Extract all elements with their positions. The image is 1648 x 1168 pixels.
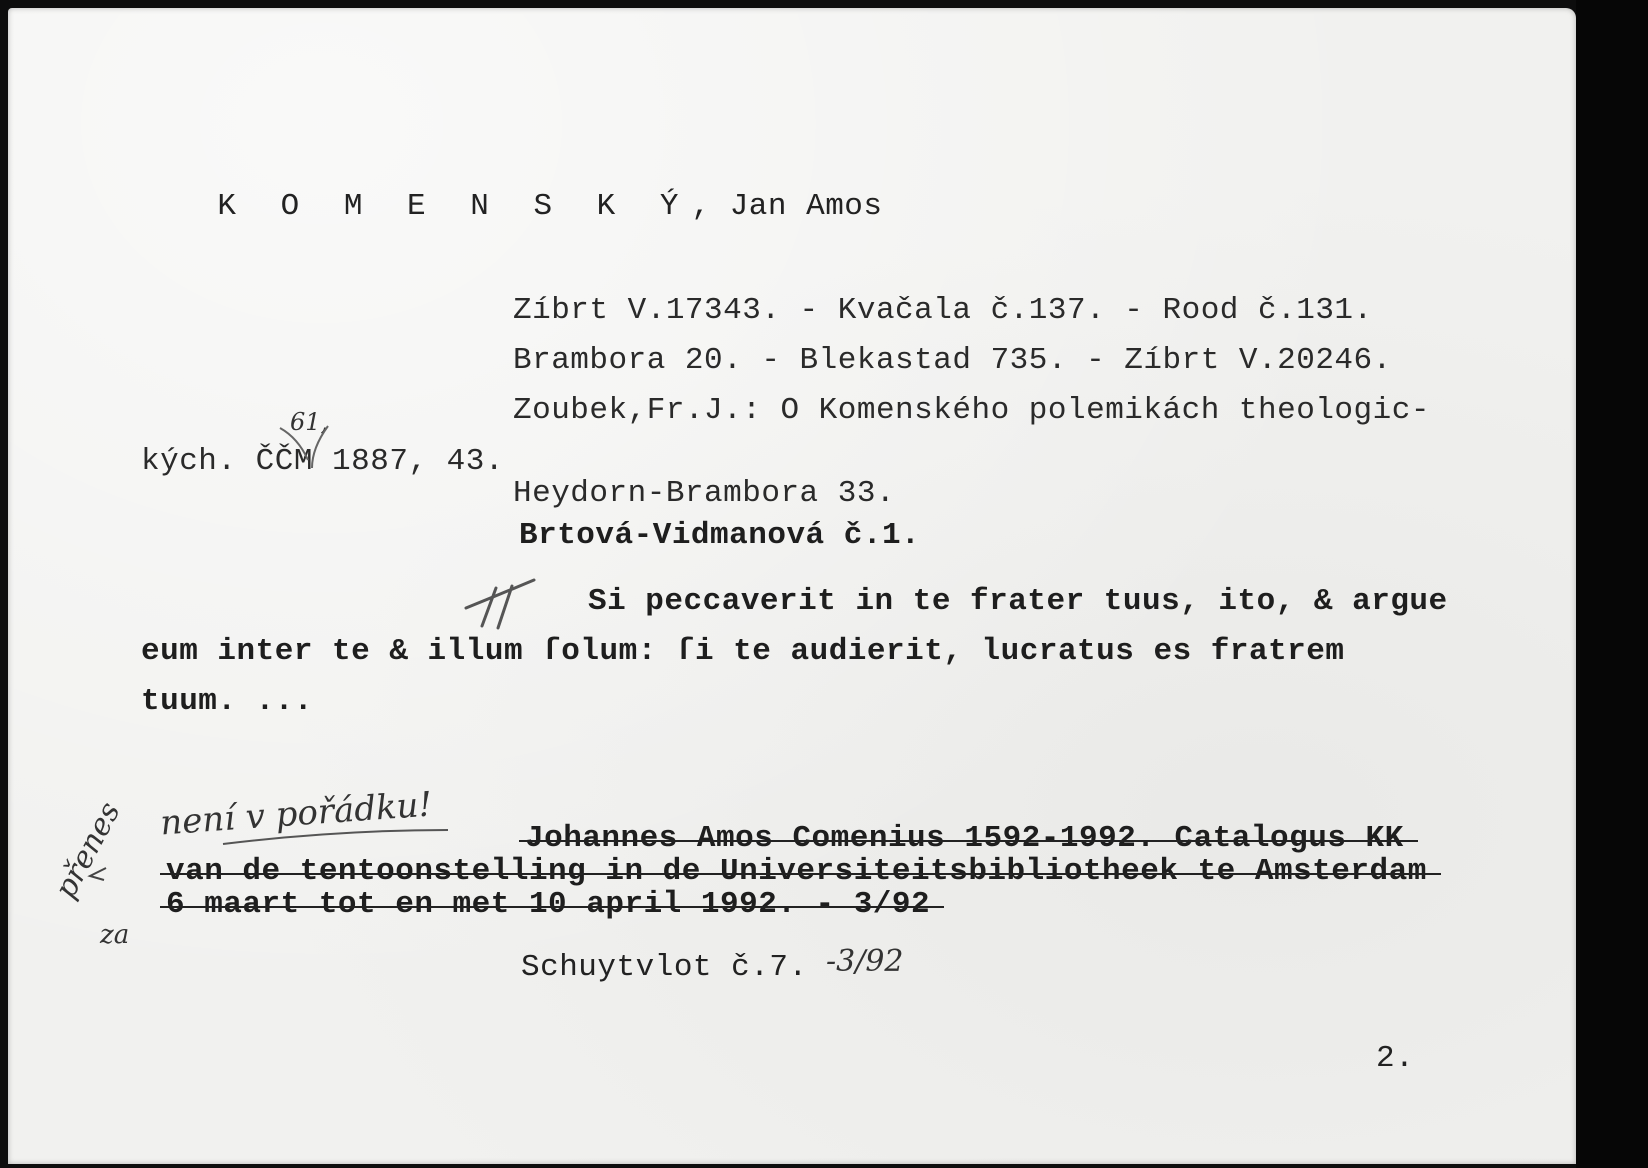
handwritten-note-top: není v pořádku! — [159, 785, 433, 844]
incipit-line-1: Si peccaverit in te frater tuus, ito, & … — [588, 583, 1448, 621]
incipit-line-2: eum inter te & illum ſolum: ſi te audier… — [141, 633, 1345, 671]
card-number: 2. — [1376, 1040, 1414, 1078]
handwritten-note-margin: přenes — [48, 796, 128, 904]
heading-given-names: Jan Amos — [730, 189, 883, 224]
handwritten-note-margin-small: za — [100, 920, 129, 950]
catalog-card: K O M E N S K Ý, Jan Amos Zíbrt V.17343.… — [8, 8, 1576, 1164]
final-handwritten-date: -3/92 — [826, 944, 904, 979]
incipit-hash-mark-icon — [466, 580, 534, 628]
reference-line-3: Zoubek,Fr.J.: O Komenského polemikách th… — [513, 392, 1430, 430]
heading-surname: K O M E N S K Ý — [217, 189, 691, 224]
reference-line-4: Heydorn-Brambora 33. — [513, 475, 895, 513]
reference-line-2: Brambora 20. - Blekastad 735. - Zíbrt V.… — [513, 342, 1392, 380]
reference-line-5: Brtová-Vidmanová č.1. — [519, 517, 920, 555]
heading-separator: , — [691, 189, 710, 224]
struck-citation-line-3: 6 maart tot en met 10 april 1992. - 3/92 — [166, 886, 930, 924]
scanner-background-edge — [1576, 0, 1648, 1168]
card-heading: K O M E N S K Ý, Jan Amos — [141, 150, 883, 264]
final-reference: Schuytvlot č.7. — [521, 949, 808, 987]
handwritten-volume-number: 61, — [290, 408, 328, 436]
reference-line-1: Zíbrt V.17343. - Kvačala č.137. - Rood č… — [513, 292, 1373, 330]
incipit-line-3: tuum. ... — [141, 683, 313, 721]
reference-continuation: kých. ČČM 1887, 43. — [141, 443, 504, 481]
